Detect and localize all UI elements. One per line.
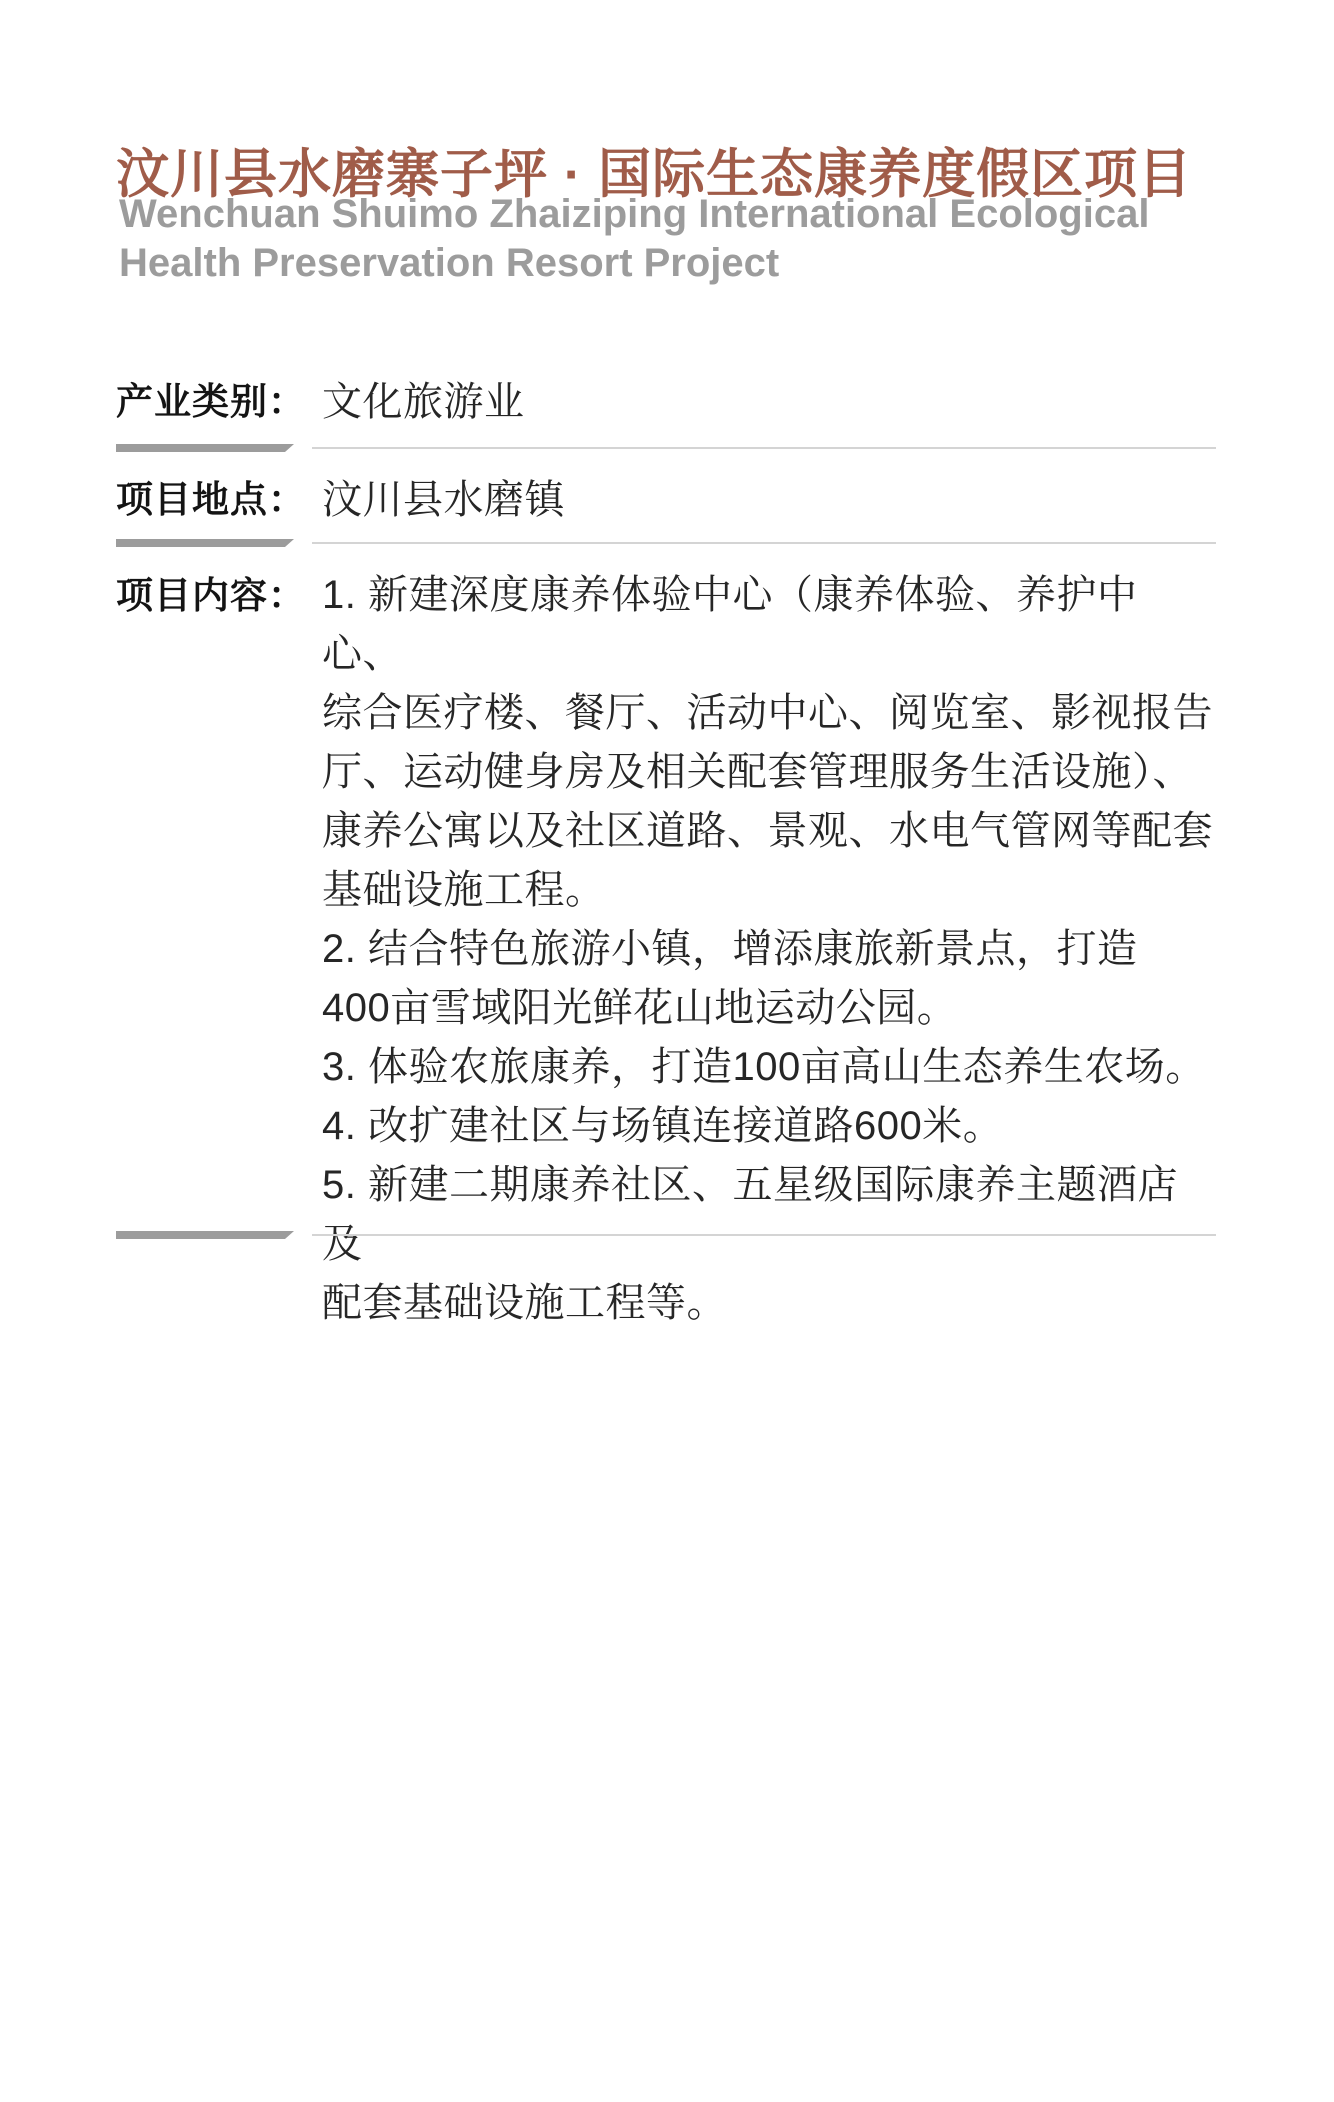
industry-category-label: 产业类别： [116, 378, 306, 426]
divider-after-industry [116, 444, 1216, 452]
divider-accent-bar [116, 1231, 294, 1239]
industry-category-value: 文化旅游业 [322, 378, 1216, 426]
page-subtitle-line-2: Health Preservation Resort Project [119, 239, 1149, 288]
divider-accent-bar [116, 444, 294, 452]
divider-after-content [116, 1231, 1216, 1239]
project-content-value: 1. 新建深度康养体验中心（康养体验、养护中心、 综合医疗楼、餐厅、活动中心、阅… [322, 566, 1216, 1333]
divider-line [312, 447, 1216, 449]
field-row-industry-category: 产业类别： 文化旅游业 [116, 378, 1216, 426]
divider-line [312, 542, 1216, 544]
page-subtitle-line-1: Wenchuan Shuimo Zhaiziping International… [119, 190, 1149, 239]
project-content-label: 项目内容： [116, 566, 306, 625]
field-row-project-content: 项目内容： 1. 新建深度康养体验中心（康养体验、养护中心、 综合医疗楼、餐厅、… [116, 566, 1216, 1333]
field-row-project-location: 项目地点： 汶川县水磨镇 [116, 476, 1216, 524]
project-info-page: 汶川县水磨寨子坪 · 国际生态康养度假区项目 Wenchuan Shuimo Z… [0, 0, 1334, 2102]
project-location-label: 项目地点： [116, 476, 306, 524]
page-subtitle: Wenchuan Shuimo Zhaiziping International… [119, 190, 1149, 288]
divider-accent-bar [116, 539, 294, 547]
divider-line [312, 1234, 1216, 1236]
divider-after-location [116, 539, 1216, 547]
project-location-value: 汶川县水磨镇 [322, 476, 1216, 524]
